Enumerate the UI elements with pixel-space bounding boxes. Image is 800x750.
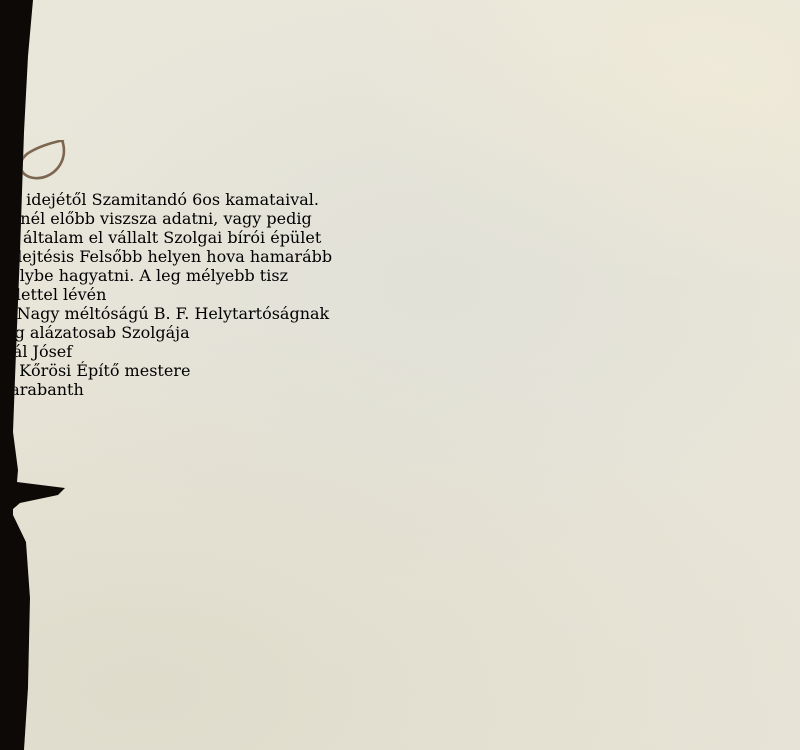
signature: Gál Jósef bbox=[0, 342, 800, 361]
letter-line-1-text: tel idejétől Szamitandó 6 bbox=[0, 190, 202, 209]
letter-line-2: minél előbb viszsza adatni, vagy pedig bbox=[0, 209, 800, 228]
repair-patch bbox=[0, 0, 62, 140]
pen-flourish-icon bbox=[0, 140, 90, 186]
letter-line-6: telettel lévén bbox=[0, 285, 800, 304]
letter-line-3: az általam el vállalt Szolgai bírói épül… bbox=[0, 228, 800, 247]
signature-title: N Kőrösi Építő mestere bbox=[0, 361, 800, 380]
letter-line-5: helybe hagyatni. A leg mélyebb tisz bbox=[0, 266, 800, 285]
closing-line: leg alázatosab Szolgája bbox=[0, 323, 800, 342]
photo-frame: tel idejétől Szamitandó 6os kamataival. … bbox=[0, 0, 800, 750]
letter-line-1: tel idejétől Szamitandó 6os kamataival. bbox=[0, 190, 800, 209]
ordinal-superscript: os bbox=[202, 190, 220, 209]
letter-line-4: árlejtésis Felsőbb helyen hova hamarább bbox=[0, 247, 800, 266]
address-line: A Nagy méltóságú B. F. Helytartóságnak bbox=[0, 304, 800, 323]
watermark: darabanth bbox=[0, 380, 800, 399]
paper-sheet: tel idejétől Szamitandó 6os kamataival. … bbox=[0, 0, 800, 750]
letter-line-1-rest: kamataival. bbox=[220, 190, 319, 209]
